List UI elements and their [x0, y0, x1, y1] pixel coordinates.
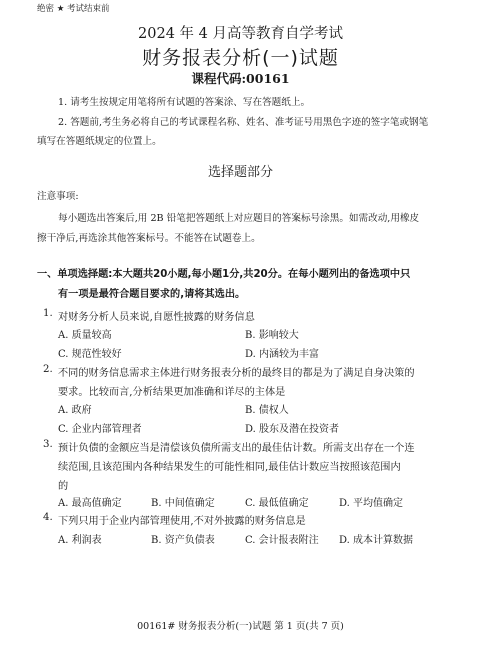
- option-c: C. 会计报表附注: [245, 531, 319, 546]
- secret-mark: 绝密 ★ 考试结束前: [37, 2, 110, 14]
- option-b: B. 影响较大: [245, 326, 299, 341]
- option-d: D. 股东及潜在投资者: [245, 420, 339, 435]
- notes-line-1: 每小题选出答案后,用 2B 铅笔把答题纸上对应题目的答案标号涂黑。如需改动,用橡…: [58, 213, 419, 225]
- part-one-heading: 一、单项选择题:本大题共20小题,每小题1分,共20分。在每小题列出的备选项中只: [37, 265, 410, 280]
- option-c: C. 企业内部管理者: [58, 420, 142, 435]
- section-title: 选择题部分: [0, 161, 481, 180]
- option-b: B. 债权人: [245, 401, 289, 416]
- subject-title: 财务报表分析(一)试题: [0, 43, 481, 70]
- instruction-1: 1. 请考生按规定用笔将所有试题的答案涂、写在答题纸上。: [58, 97, 310, 109]
- option-b: B. 中间值确定: [151, 494, 215, 509]
- option-c: C. 最低值确定: [245, 494, 309, 509]
- notes-line-2: 擦干净后,再选涂其他答案标号。不能答在试题卷上。: [37, 233, 261, 245]
- question-number: 4.: [43, 512, 53, 523]
- part-one-heading-cont: 有一项是最符合题目要求的,请将其选出。: [58, 285, 245, 300]
- question-number: 1.: [43, 308, 53, 319]
- option-b: B. 资产负债表: [151, 531, 215, 546]
- notes-label: 注意事项:: [37, 191, 79, 203]
- option-c: C. 规范性较好: [58, 345, 122, 360]
- option-d: D. 成本计算数据: [339, 531, 413, 546]
- question-text: 对财务分析人员来说,自愿性披露的财务信息: [58, 308, 255, 323]
- option-d: D. 平均值确定: [339, 494, 403, 509]
- question-text: 预计负债的金额应当是清偿该负债所需支出的最佳估计数。所需支出存在一个连: [58, 439, 415, 454]
- option-a: A. 质量较高: [58, 326, 112, 341]
- exam-title: 2024 年 4 月高等教育自学考试: [0, 22, 481, 43]
- option-a: A. 政府: [58, 401, 92, 416]
- option-a: A. 利润表: [58, 531, 102, 546]
- question-text: 下列只用于企业内部管理使用,不对外披露的财务信息是: [58, 512, 306, 527]
- instruction-2: 2. 答题前,考生务必将自己的考试课程名称、姓名、准考证号用黑色字迹的签字笔或钢…: [58, 117, 428, 129]
- question-text: 不同的财务信息需求主体进行财务报表分析的最终目的都是为了满足自身决策的: [58, 364, 415, 379]
- option-a: A. 最高值确定: [58, 494, 122, 509]
- question-number: 3.: [43, 439, 53, 450]
- option-d: D. 内涵较为丰富: [245, 345, 319, 360]
- page-footer: 00161# 财务报表分析(一)试题 第 1 页(共 7 页): [0, 618, 481, 632]
- question-text-cont: 续范围,且该范围内各种结果发生的可能性相同,最佳估计数应当按照该范围内: [58, 458, 401, 473]
- question-text-cont: 的: [58, 477, 68, 492]
- instruction-2-cont: 填写在答题纸规定的位置上。: [37, 136, 162, 148]
- question-number: 2.: [43, 364, 53, 375]
- question-text-cont: 要求。比较而言,分析结果更加准确和详尽的主体是: [58, 383, 285, 398]
- course-code: 课程代码:00161: [0, 69, 481, 87]
